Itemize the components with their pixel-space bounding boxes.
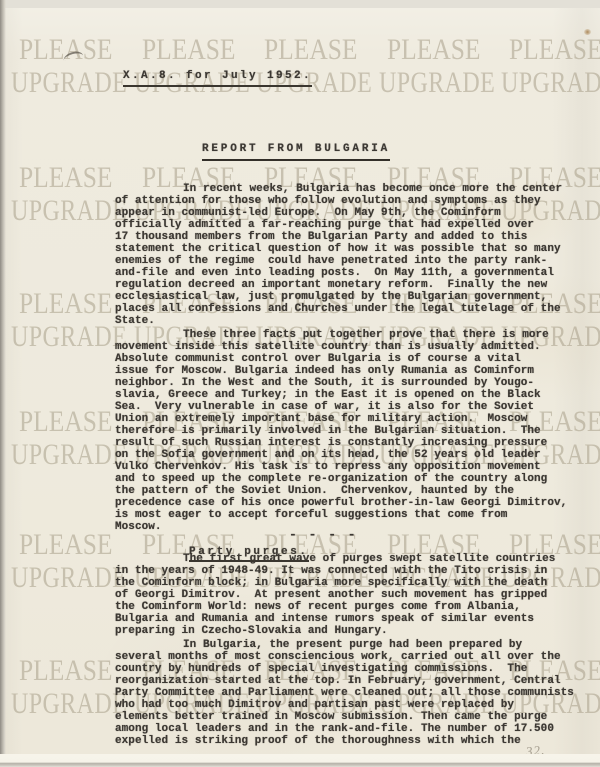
text-line: is most eager to accept forceful suggest… <box>115 509 567 521</box>
watermark-text: PLEASE <box>19 407 113 437</box>
text-line: reorganization started at the top. In Fe… <box>115 675 574 687</box>
text-line: therefore is primarily involved in the B… <box>115 425 567 437</box>
text-line: the Cominform block; in Bulgaria more sp… <box>115 577 555 589</box>
text-line: slavia, Greece and Turkey; in the East i… <box>115 389 567 401</box>
pen-mark <box>63 50 84 60</box>
text-line: of Georgi Dimitrov. At present another s… <box>115 589 555 601</box>
text-line: of attention for those who follow evolut… <box>115 195 562 207</box>
text-line: movement inside this satellite country t… <box>115 341 567 353</box>
paragraph: In recent weeks, Bulgaria has become onc… <box>115 183 562 327</box>
text-line: 17 thousand members from the Bulgarian P… <box>115 231 562 243</box>
section-separator: - - - - <box>289 529 358 541</box>
text-line: elements better trained in Moscow submis… <box>115 711 574 723</box>
paragraph: In Bulgaria, the present purge had been … <box>115 639 574 747</box>
text-line: neighbor. In the West and the South, it … <box>115 377 567 389</box>
text-line: Sea. Very vulnerable in case of war, it … <box>115 401 567 413</box>
paragraph: The first great wave of purges swept sat… <box>115 553 555 637</box>
text-line: several months of most consciencious wor… <box>115 651 574 663</box>
section-heading: Party purges. <box>189 546 309 562</box>
report-title: REPORT FROM BULGARIA <box>202 143 390 161</box>
watermark-text: UPGRADE <box>11 68 127 98</box>
text-line: officially admitted a far-reaching purge… <box>115 219 562 231</box>
text-line: In Bulgaria, the present purge had been … <box>115 639 574 651</box>
watermark-text: PLEASE <box>19 163 113 193</box>
text-line: and to speed up the complete re-organiza… <box>115 473 567 485</box>
watermark-text: UPGRADE <box>11 689 127 719</box>
text-line: among local leaders and in the rank-and-… <box>115 723 574 735</box>
watermark-text: PLEASE <box>19 530 113 560</box>
watermark-text: UPGRADE <box>11 563 127 593</box>
paper-sheet: PLEASEPLEASEPLEASEPLEASEPLEASEUPGRADEUPG… <box>5 8 600 754</box>
text-line: regulation decreed an important monetary… <box>115 279 562 291</box>
reference-line: X.A.8. for July 1952. <box>123 70 312 87</box>
watermark-text: UPGRADE <box>501 68 600 98</box>
text-line: In recent weeks, Bulgaria has become onc… <box>115 183 562 195</box>
text-line: expelled is striking proof of the thorou… <box>115 735 574 747</box>
watermark-text: PLEASE <box>19 289 113 319</box>
text-line: Vulko Chervenkov. His task is to repress… <box>115 461 567 473</box>
watermark-text: PLEASE <box>264 35 358 65</box>
paragraph: These three facts put together prove tha… <box>115 329 567 533</box>
watermark-text: PLEASE <box>19 35 113 65</box>
scan-edge-left <box>0 0 6 767</box>
watermark-text: UPGRADE <box>11 322 127 352</box>
watermark-text: UPGRADE <box>11 196 127 226</box>
watermark-text: PLEASE <box>387 35 481 65</box>
text-line: in the years of 1948-49. It was connecte… <box>115 565 555 577</box>
text-line: precedence case of his once powerful bro… <box>115 497 567 509</box>
text-line: The first great wave of purges swept sat… <box>115 553 555 565</box>
watermark-text: PLEASE <box>19 656 113 686</box>
text-line: preparing in Czecho-Slovakia and Hungary… <box>115 625 555 637</box>
text-line: Absolute communist control over Bulgaria… <box>115 353 567 365</box>
watermark-text: PLEASE <box>509 35 600 65</box>
scan-edge-bottom <box>0 754 600 767</box>
text-line: places all confessions and Churches unde… <box>115 303 562 315</box>
text-line: statement the critical question of how i… <box>115 243 562 255</box>
watermark-text: PLEASE <box>142 35 236 65</box>
text-line: and-file and even into leading posts. On… <box>115 267 562 279</box>
text-line: the pattern of the Soviet Union. Cherven… <box>115 485 567 497</box>
scanned-document: PLEASEPLEASEPLEASEPLEASEPLEASEUPGRADEUPG… <box>0 0 600 767</box>
watermark-text: UPGRADE <box>11 440 127 470</box>
text-line: result of such Russian interest is const… <box>115 437 567 449</box>
stain-mark <box>584 29 591 35</box>
text-line: appear in communist-led Europe. On May 9… <box>115 207 562 219</box>
watermark-text: UPGRADE <box>379 68 495 98</box>
text-line: who had too much Dimitrov and partisan p… <box>115 699 574 711</box>
text-line: State. <box>115 315 562 327</box>
text-line: Union an extremely important base for mi… <box>115 413 567 425</box>
text-line: issue for Moscow. Bulgaria indeed has on… <box>115 365 567 377</box>
text-line: country by hundreds of special investiga… <box>115 663 574 675</box>
text-line: ecclesiastical law, just promulgated by … <box>115 291 562 303</box>
text-line: Bulgaria and Rumania and intense rumors … <box>115 613 555 625</box>
text-line: These three facts put together prove tha… <box>115 329 567 341</box>
text-line: enemies of the regime could have penetra… <box>115 255 562 267</box>
text-line: the Cominform World: news of recent purg… <box>115 601 555 613</box>
text-line: Party Committee and Parliament were clea… <box>115 687 574 699</box>
handwritten-page-number: 32. <box>525 742 546 754</box>
text-line: on the Sofia government and on its head,… <box>115 449 567 461</box>
